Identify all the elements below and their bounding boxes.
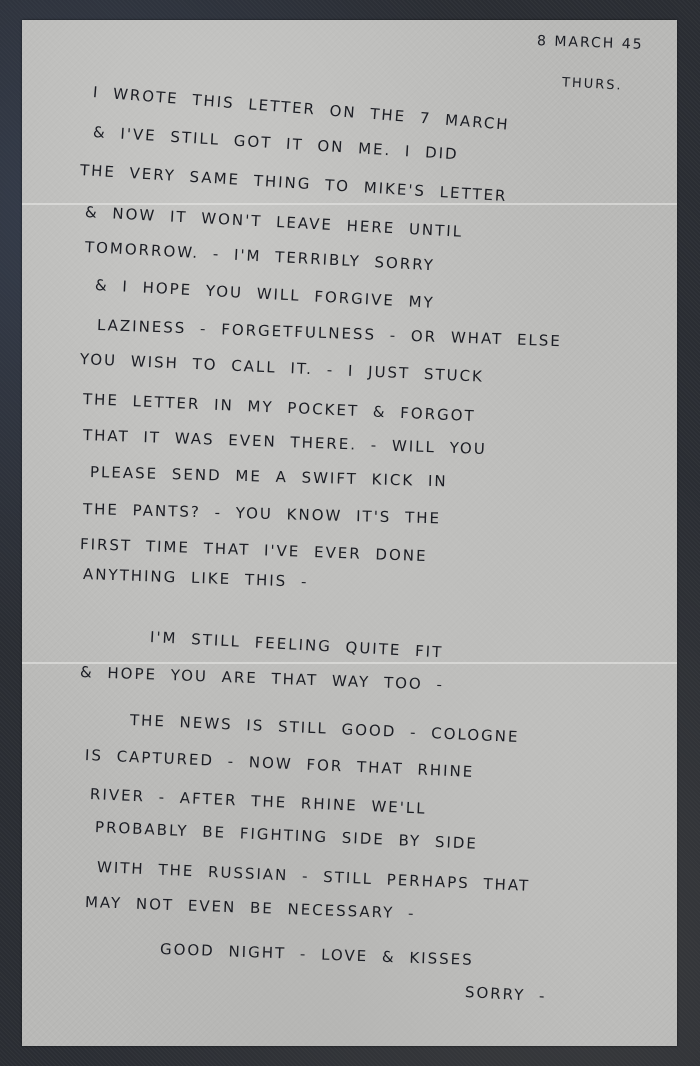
letter-line: & now it won't leave here until xyxy=(85,203,464,241)
letter-line: The news is still good - Cologne xyxy=(130,711,520,746)
letter-line: you wish to call it. - I just stuck xyxy=(80,350,485,386)
letter-line: laziness - forgetfulness - or what else xyxy=(97,316,562,350)
letter-line: & hope you are that way too - xyxy=(80,663,445,694)
letter-line: first time that I've ever done xyxy=(80,535,428,565)
letter-line: please send me a swift kick in xyxy=(90,463,448,490)
letter-line: probably be fighting side by side xyxy=(95,818,479,853)
letter-line: the pants? - You know it's the xyxy=(83,500,441,527)
letter-closing: Good night - Love & Kisses xyxy=(160,940,474,969)
letter-line: & I hope you will forgive my xyxy=(95,276,436,312)
letter-line: tomorrow. - I'm terribly sorry xyxy=(85,238,436,274)
letter-line: I'm still feeling quite fit xyxy=(150,628,444,661)
letter-line: River - After the Rhine we'll xyxy=(90,785,427,818)
letter-line: with the Russian - still perhaps that xyxy=(97,858,531,895)
letter-signature: Sorry - xyxy=(465,983,547,1005)
letter-line: that it was even there. - Will you xyxy=(83,426,487,458)
letter-date: 8 March 45 xyxy=(537,33,644,53)
letter-line: is captured - now for that Rhine xyxy=(85,746,475,781)
letter-line: may not even be necessary - xyxy=(85,893,416,923)
letter-line: anything like this - xyxy=(83,565,309,591)
letter-line: the very same thing to Mike's letter xyxy=(79,161,507,205)
letter-line: the letter in my pocket & forgot xyxy=(83,390,476,425)
letter-paper: 8 March 45 Thurs. I wrote this letter on… xyxy=(22,20,677,1046)
letter-day: Thurs. xyxy=(562,75,623,93)
letter-line: & I've still got it on me. I did xyxy=(92,123,459,163)
